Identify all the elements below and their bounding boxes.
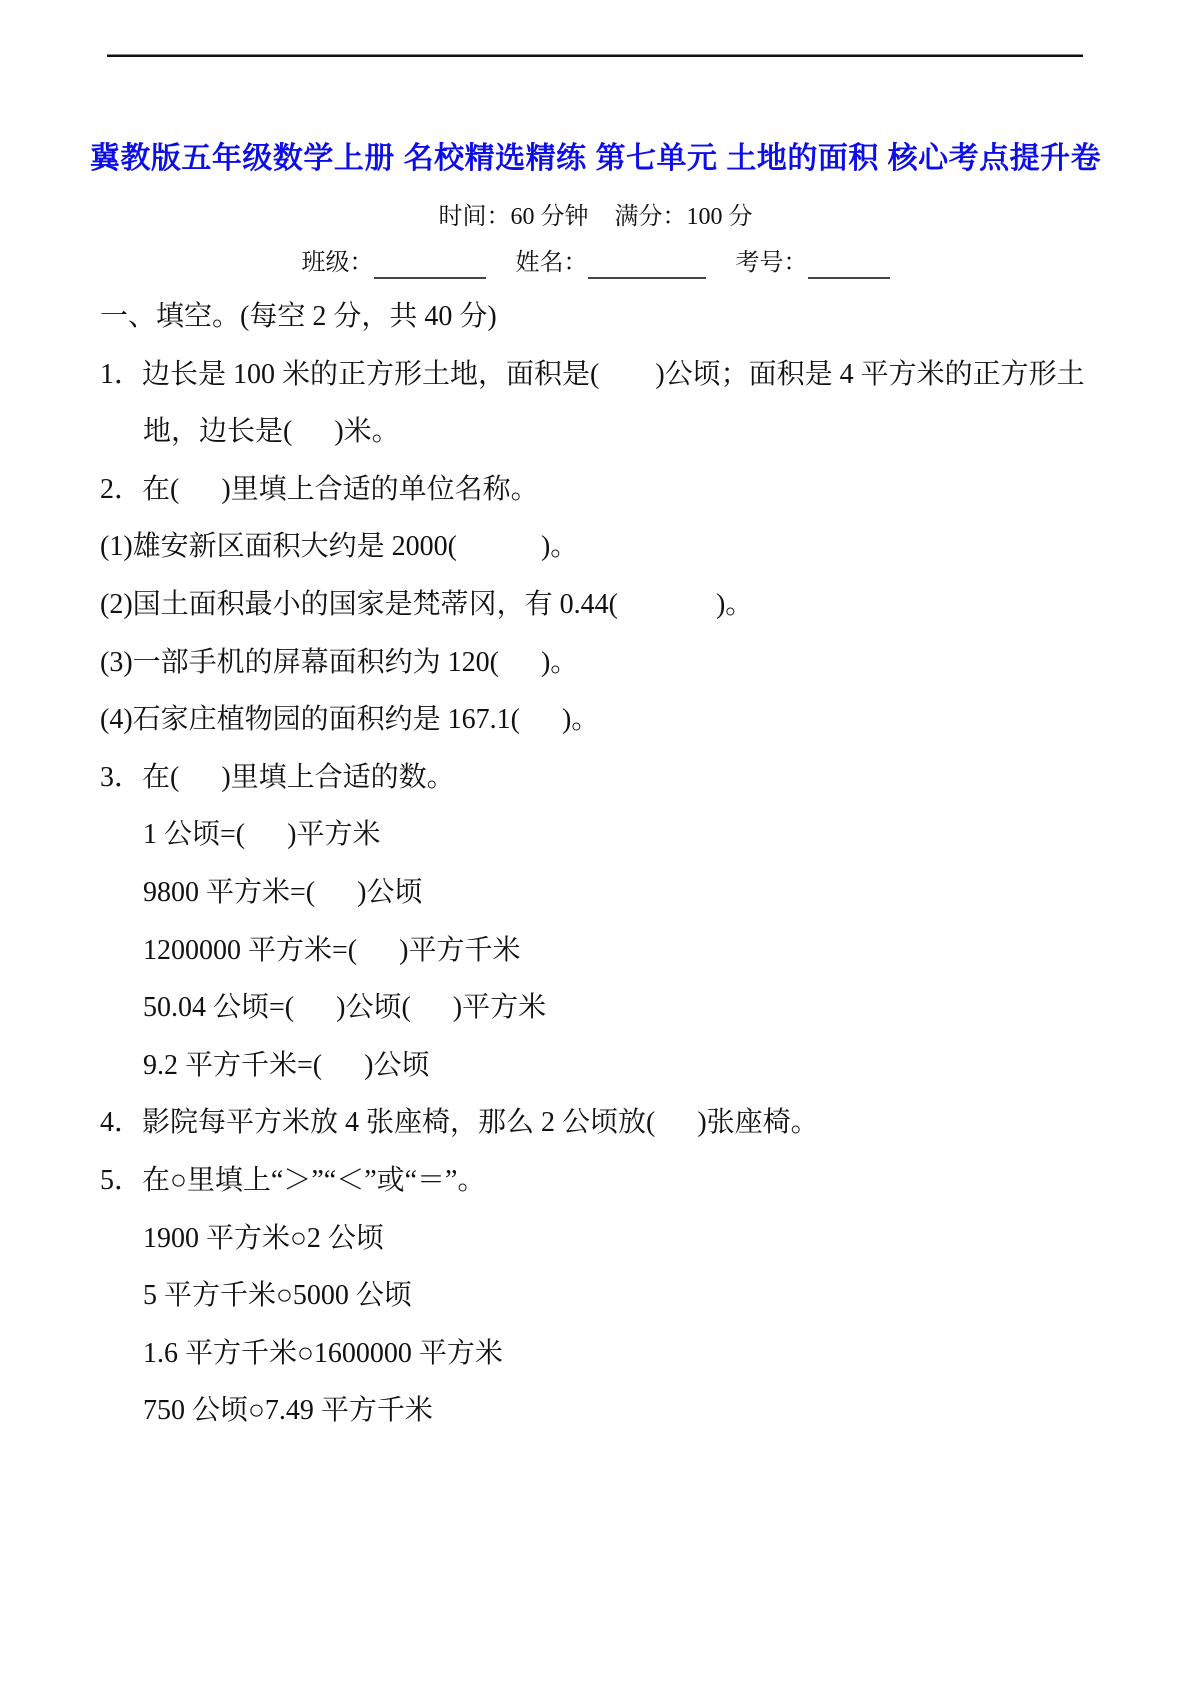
question-3-conversion-2: 9800 平方米=( )公顷 bbox=[143, 864, 1100, 922]
question-3-conversion-5: 9.2 平方千米=( )公顷 bbox=[143, 1037, 1100, 1095]
question-2: 2．在( )里填上合适的单位名称。 bbox=[100, 461, 1100, 519]
section-1-heading: 一、填空。(每空 2 分，共 40 分) bbox=[100, 288, 1100, 346]
question-2-sub-2: (2)国土面积最小的国家是梵蒂冈，有 0.44( )。 bbox=[100, 576, 1100, 634]
question-3-conversion-4: 50.04 公顷=( )公顷( )平方米 bbox=[143, 979, 1100, 1037]
class-blank-line bbox=[374, 249, 486, 279]
name-field: 姓名： bbox=[516, 247, 706, 279]
question-5-compare-2: 5 平方千米○5000 公顷 bbox=[143, 1267, 1100, 1325]
full-score-label: 满分：100 分 bbox=[615, 201, 753, 233]
question-5: 5．在○里填上“＞”“＜”或“＝”。 bbox=[100, 1152, 1100, 1210]
page-title: 冀教版五年级数学上册 名校精选精练 第七单元 土地的面积 核心考点提升卷 bbox=[0, 141, 1191, 177]
question-2-sub-1: (1)雄安新区面积大约是 2000( )。 bbox=[100, 518, 1100, 576]
exam-number-blank-line bbox=[808, 249, 890, 279]
question-1-line-2: 地，边长是( )米。 bbox=[143, 403, 1100, 461]
name-label: 姓名： bbox=[516, 247, 588, 279]
exam-number-label: 考号： bbox=[736, 247, 808, 279]
student-info-row: 班级： 姓名： 考号： bbox=[0, 247, 1191, 279]
question-5-compare-4: 750 公顷○7.49 平方千米 bbox=[143, 1382, 1100, 1440]
name-blank-line bbox=[588, 249, 706, 279]
question-3-conversion-1: 1 公顷=( )平方米 bbox=[143, 806, 1100, 864]
question-2-sub-4: (4)石家庄植物园的面积约是 167.1( )。 bbox=[100, 691, 1100, 749]
class-field: 班级： bbox=[302, 247, 486, 279]
question-4: 4．影院每平方米放 4 张座椅，那么 2 公顷放( )张座椅。 bbox=[100, 1094, 1100, 1152]
question-2-sub-3: (3)一部手机的屏幕面积约为 120( )。 bbox=[100, 634, 1100, 692]
question-1-line-1: 1．边长是 100 米的正方形土地，面积是( )公顷；面积是 4 平方米的正方形… bbox=[100, 346, 1100, 404]
question-body: 一、填空。(每空 2 分，共 40 分) 1．边长是 100 米的正方形土地，面… bbox=[100, 288, 1100, 1440]
header-rule bbox=[107, 54, 1083, 57]
exam-number-field: 考号： bbox=[736, 247, 890, 279]
exam-page: 冀教版五年级数学上册 名校精选精练 第七单元 土地的面积 核心考点提升卷 时间：… bbox=[0, 0, 1191, 1684]
question-5-compare-3: 1.6 平方千米○1600000 平方米 bbox=[143, 1325, 1100, 1383]
time-label: 时间：60 分钟 bbox=[439, 201, 589, 233]
class-label: 班级： bbox=[302, 247, 374, 279]
question-3-conversion-3: 1200000 平方米=( )平方千米 bbox=[143, 922, 1100, 980]
question-5-compare-1: 1900 平方米○2 公顷 bbox=[143, 1210, 1100, 1268]
question-3: 3．在( )里填上合适的数。 bbox=[100, 749, 1100, 807]
meta-line: 时间：60 分钟 满分：100 分 bbox=[0, 201, 1191, 233]
